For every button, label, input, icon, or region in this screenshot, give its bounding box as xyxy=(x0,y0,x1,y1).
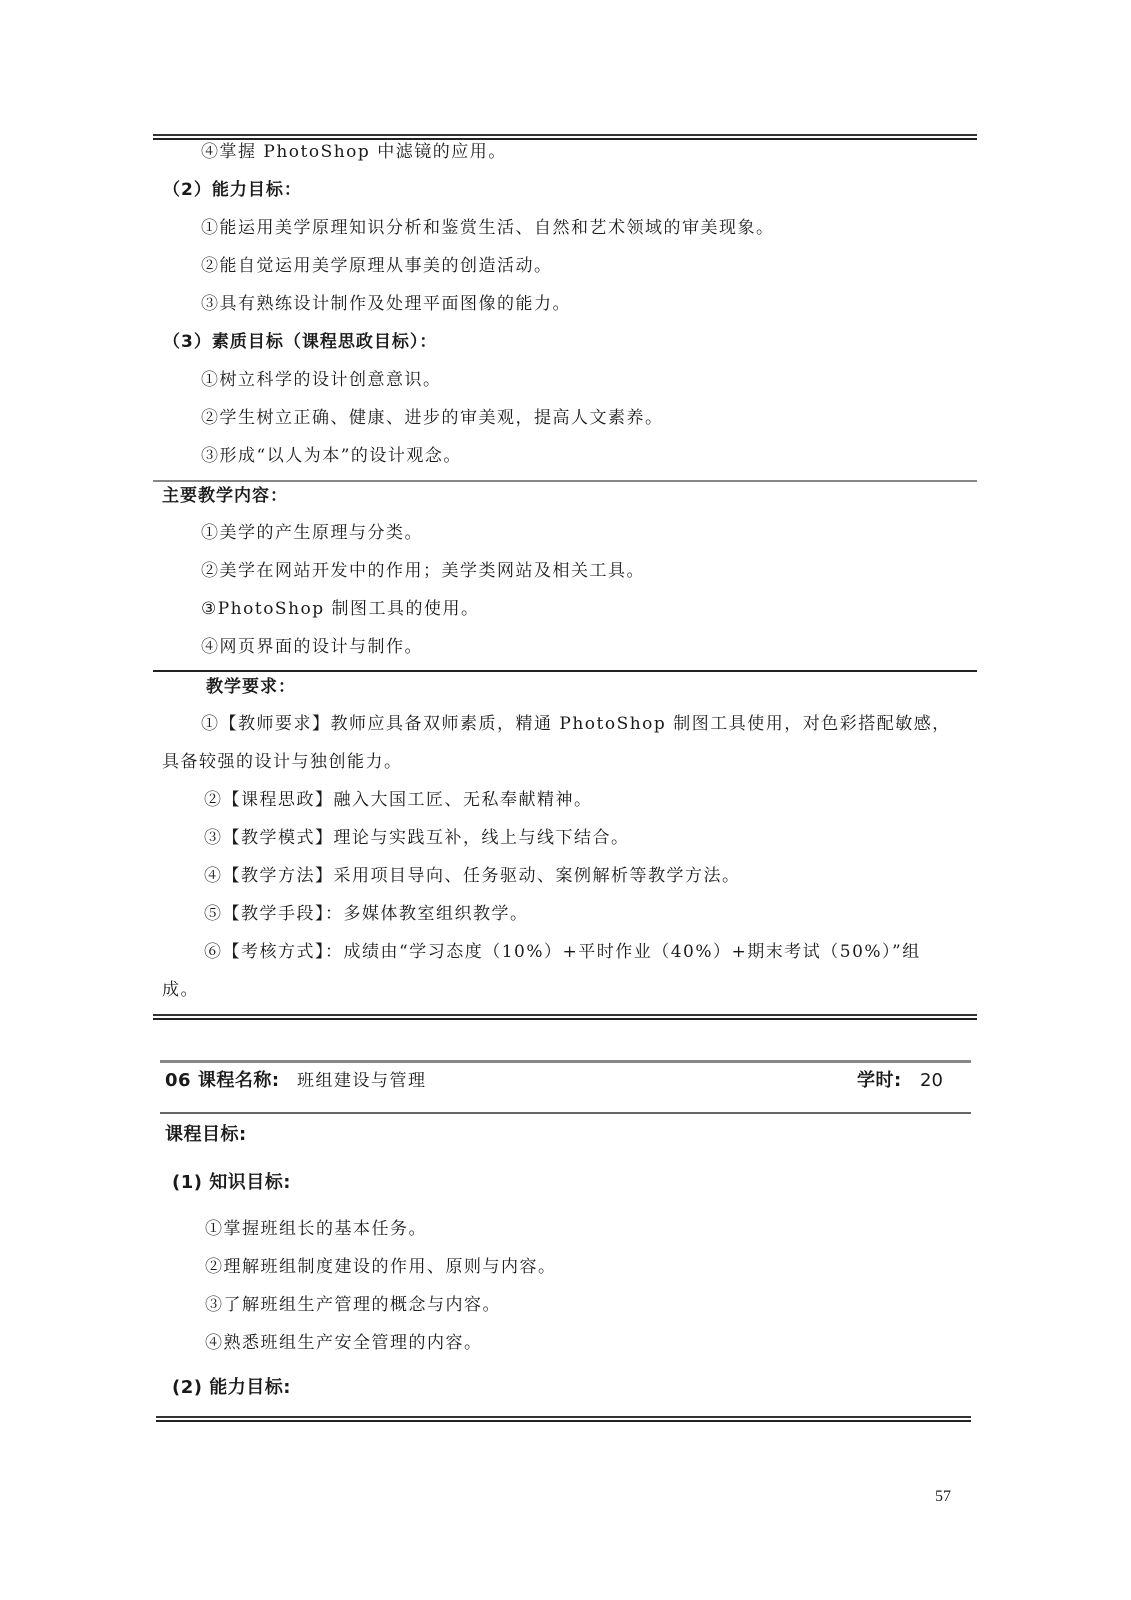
course-hours-value: 20 xyxy=(920,1070,943,1092)
table-bottom-rule xyxy=(156,1416,971,1419)
knowledge-goal-item-3: ③了解班组生产管理的概念与内容。 xyxy=(205,1294,501,1316)
main-content-item-2: ②美学在网站开发中的作用；美学类网站及相关工具。 xyxy=(201,560,645,582)
teaching-req-item-1-line-2: 具备较强的设计与独创能力。 xyxy=(162,751,403,773)
course-goals-heading: 课程目标: xyxy=(165,1124,247,1146)
course-hours-label: 学时: xyxy=(857,1070,902,1092)
knowledge-goal-item-1: ①掌握班组长的基本任务。 xyxy=(205,1218,427,1240)
main-content-item-3: ③PhotoShop 制图工具的使用。 xyxy=(201,598,480,620)
section-divider xyxy=(153,670,977,672)
page-number: 57 xyxy=(935,1488,951,1506)
ability-goal-item-2: ②能自觉运用美学原理从事美的创造活动。 xyxy=(201,255,553,277)
main-content-heading: 主要教学内容： xyxy=(162,485,288,507)
teaching-req-item-2: ②【课程思政】融入大国工匠、无私奉献精神。 xyxy=(204,789,593,811)
knowledge-goal-heading: (1) 知识目标: xyxy=(172,1172,291,1194)
table-top-rule xyxy=(153,134,977,137)
knowledge-goal-item-2: ②理解班组制度建设的作用、原则与内容。 xyxy=(205,1256,557,1278)
quality-goal-item-1: ①树立科学的设计创意意识。 xyxy=(201,369,442,391)
teaching-req-item-4: ④【教学方法】采用项目导向、任务驱动、案例解析等教学方法。 xyxy=(204,865,741,887)
section-divider xyxy=(160,1112,971,1114)
knowledge-goal-item-4: ④掌握 PhotoShop 中滤镜的应用。 xyxy=(201,141,507,163)
ability-goal-heading: （2）能力目标： xyxy=(163,179,302,201)
table-top-rule xyxy=(160,1060,971,1063)
knowledge-goal-item-4: ④熟悉班组生产安全管理的内容。 xyxy=(205,1332,483,1354)
ability-goal-heading: (2) 能力目标: xyxy=(172,1377,291,1399)
ability-goal-item-3: ③具有熟练设计制作及处理平面图像的能力。 xyxy=(201,293,571,315)
table-bottom-rule xyxy=(153,1014,977,1017)
course-number-label: 06 课程名称: xyxy=(165,1070,280,1092)
course-name: 班组建设与管理 xyxy=(297,1070,427,1092)
teaching-req-item-6-line-2: 成。 xyxy=(162,979,199,1001)
main-content-item-4: ④网页界面的设计与制作。 xyxy=(201,636,423,658)
section-divider xyxy=(153,480,977,482)
teaching-req-item-1-line-1: ①【教师要求】教师应具备双师素质，精通 PhotoShop 制图工具使用，对色彩… xyxy=(201,713,951,735)
ability-goal-item-1: ①能运用美学原理知识分析和鉴赏生活、自然和艺术领域的审美现象。 xyxy=(201,217,775,239)
quality-goal-heading: （3）素质目标（课程思政目标）： xyxy=(163,331,437,353)
teaching-requirements-heading: 教学要求： xyxy=(206,676,296,698)
quality-goal-item-2: ②学生树立正确、健康、进步的审美观，提高人文素养。 xyxy=(201,407,664,429)
main-content-item-1: ①美学的产生原理与分类。 xyxy=(201,522,423,544)
teaching-req-item-3: ③【教学模式】理论与实践互补，线上与线下结合。 xyxy=(204,827,630,849)
teaching-req-item-5: ⑤【教学手段】：多媒体教室组织教学。 xyxy=(204,903,529,925)
teaching-req-item-6-line-1: ⑥【考核方式】：成绩由“学习态度（10%）+平时作业（40%）+期末考试（50%… xyxy=(204,941,921,963)
quality-goal-item-3: ③形成“以人为本”的设计观念。 xyxy=(201,445,462,467)
